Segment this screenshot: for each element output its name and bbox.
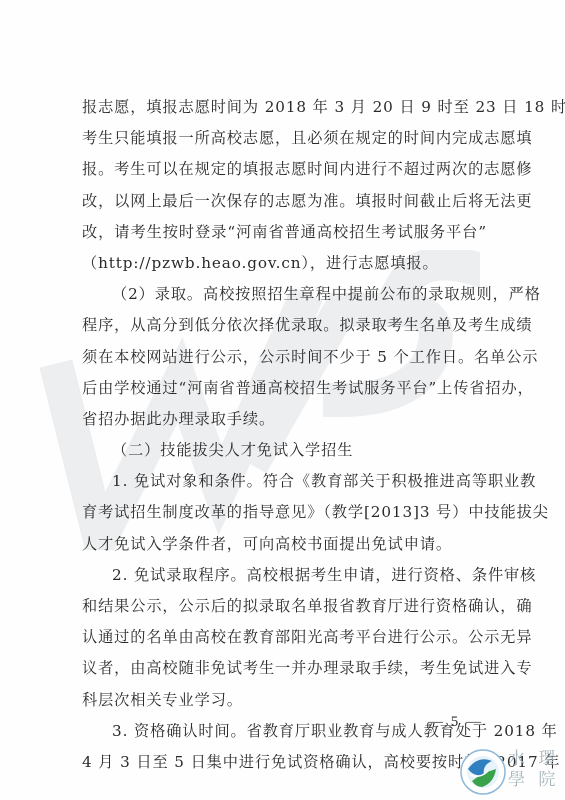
document-page: 报志愿，填报志愿时间为 2018 年 3 月 20 日 9 时至 23 日 18…: [0, 0, 565, 800]
text-line: 4 月 3 日至 5 日集中进行免试资格确认，高校要按时将《2017 年: [82, 747, 487, 778]
text-line: 人才免试入学条件者，可向高校书面提出免试申请。: [82, 529, 487, 560]
text-line: 议者，由高校随非免试考生一并办理录取手续，考生免试进入专: [82, 653, 487, 684]
school-logo-text: 水 環 學 院: [508, 749, 564, 791]
text-line: （http://pzwb.heao.gov.cn），进行志愿填报。: [82, 248, 487, 279]
logo-text-line: 水 環: [508, 749, 564, 770]
text-line: 改，请考生按时登录“河南省普通高校招生考试服务平台”: [82, 217, 487, 248]
text-line: 3. 资格确认时间。省教育厅职业教育与成人教育处于 2018 年: [82, 716, 487, 747]
text-line: 科层次相关专业学习。: [82, 685, 487, 716]
text-line: 考生只能填报一所高校志愿，且必须在规定的时间内完成志愿填: [82, 123, 487, 154]
text-line: 后由学校通过“河南省普通高校招生考试服务平台”上传省招办，: [82, 373, 487, 404]
text-line: 2. 免试录取程序。高校根据考生申请，进行资格、条件审核: [82, 560, 487, 591]
text-line: 省招办据此办理录取手续。: [82, 404, 487, 435]
page-number: — 5 —: [428, 714, 483, 731]
text-line: 改，以网上最后一次保存的志愿为准。填报时间截止后将无法更: [82, 186, 487, 217]
section-heading: （二）技能拔尖人才免试入学招生: [82, 435, 487, 466]
document-body: 报志愿，填报志愿时间为 2018 年 3 月 20 日 9 时至 23 日 18…: [82, 92, 487, 778]
text-line: 1. 免试对象和条件。符合《教育部关于积极推进高等职业教: [82, 466, 487, 497]
logo-text-line: 學 院: [508, 770, 564, 791]
text-line: 和结果公示，公示后的拟录取名单报省教育厅进行资格确认，确: [82, 591, 487, 622]
text-line: 程序，从高分到低分依次择优录取。拟录取考生名单及考生成绩: [82, 310, 487, 341]
text-line: 育考试招生制度改革的指导意见》（教学[2013]3 号）中技能拔尖: [82, 497, 487, 528]
text-line: 报志愿，填报志愿时间为 2018 年 3 月 20 日 9 时至 23 日 18…: [82, 92, 487, 123]
text-line: 认通过的名单由高校在教育部阳光高考平台进行公示。公示无异: [82, 622, 487, 653]
text-line: （2）录取。高校按照招生章程中提前公布的录取规则，严格: [82, 279, 487, 310]
text-line: 须在本校网站进行公示，公示时间不少于 5 个工作日。名单公示: [82, 342, 487, 373]
text-line: 报。考生可以在规定的填报志愿时间内进行不超过两次的志愿修: [82, 154, 487, 185]
